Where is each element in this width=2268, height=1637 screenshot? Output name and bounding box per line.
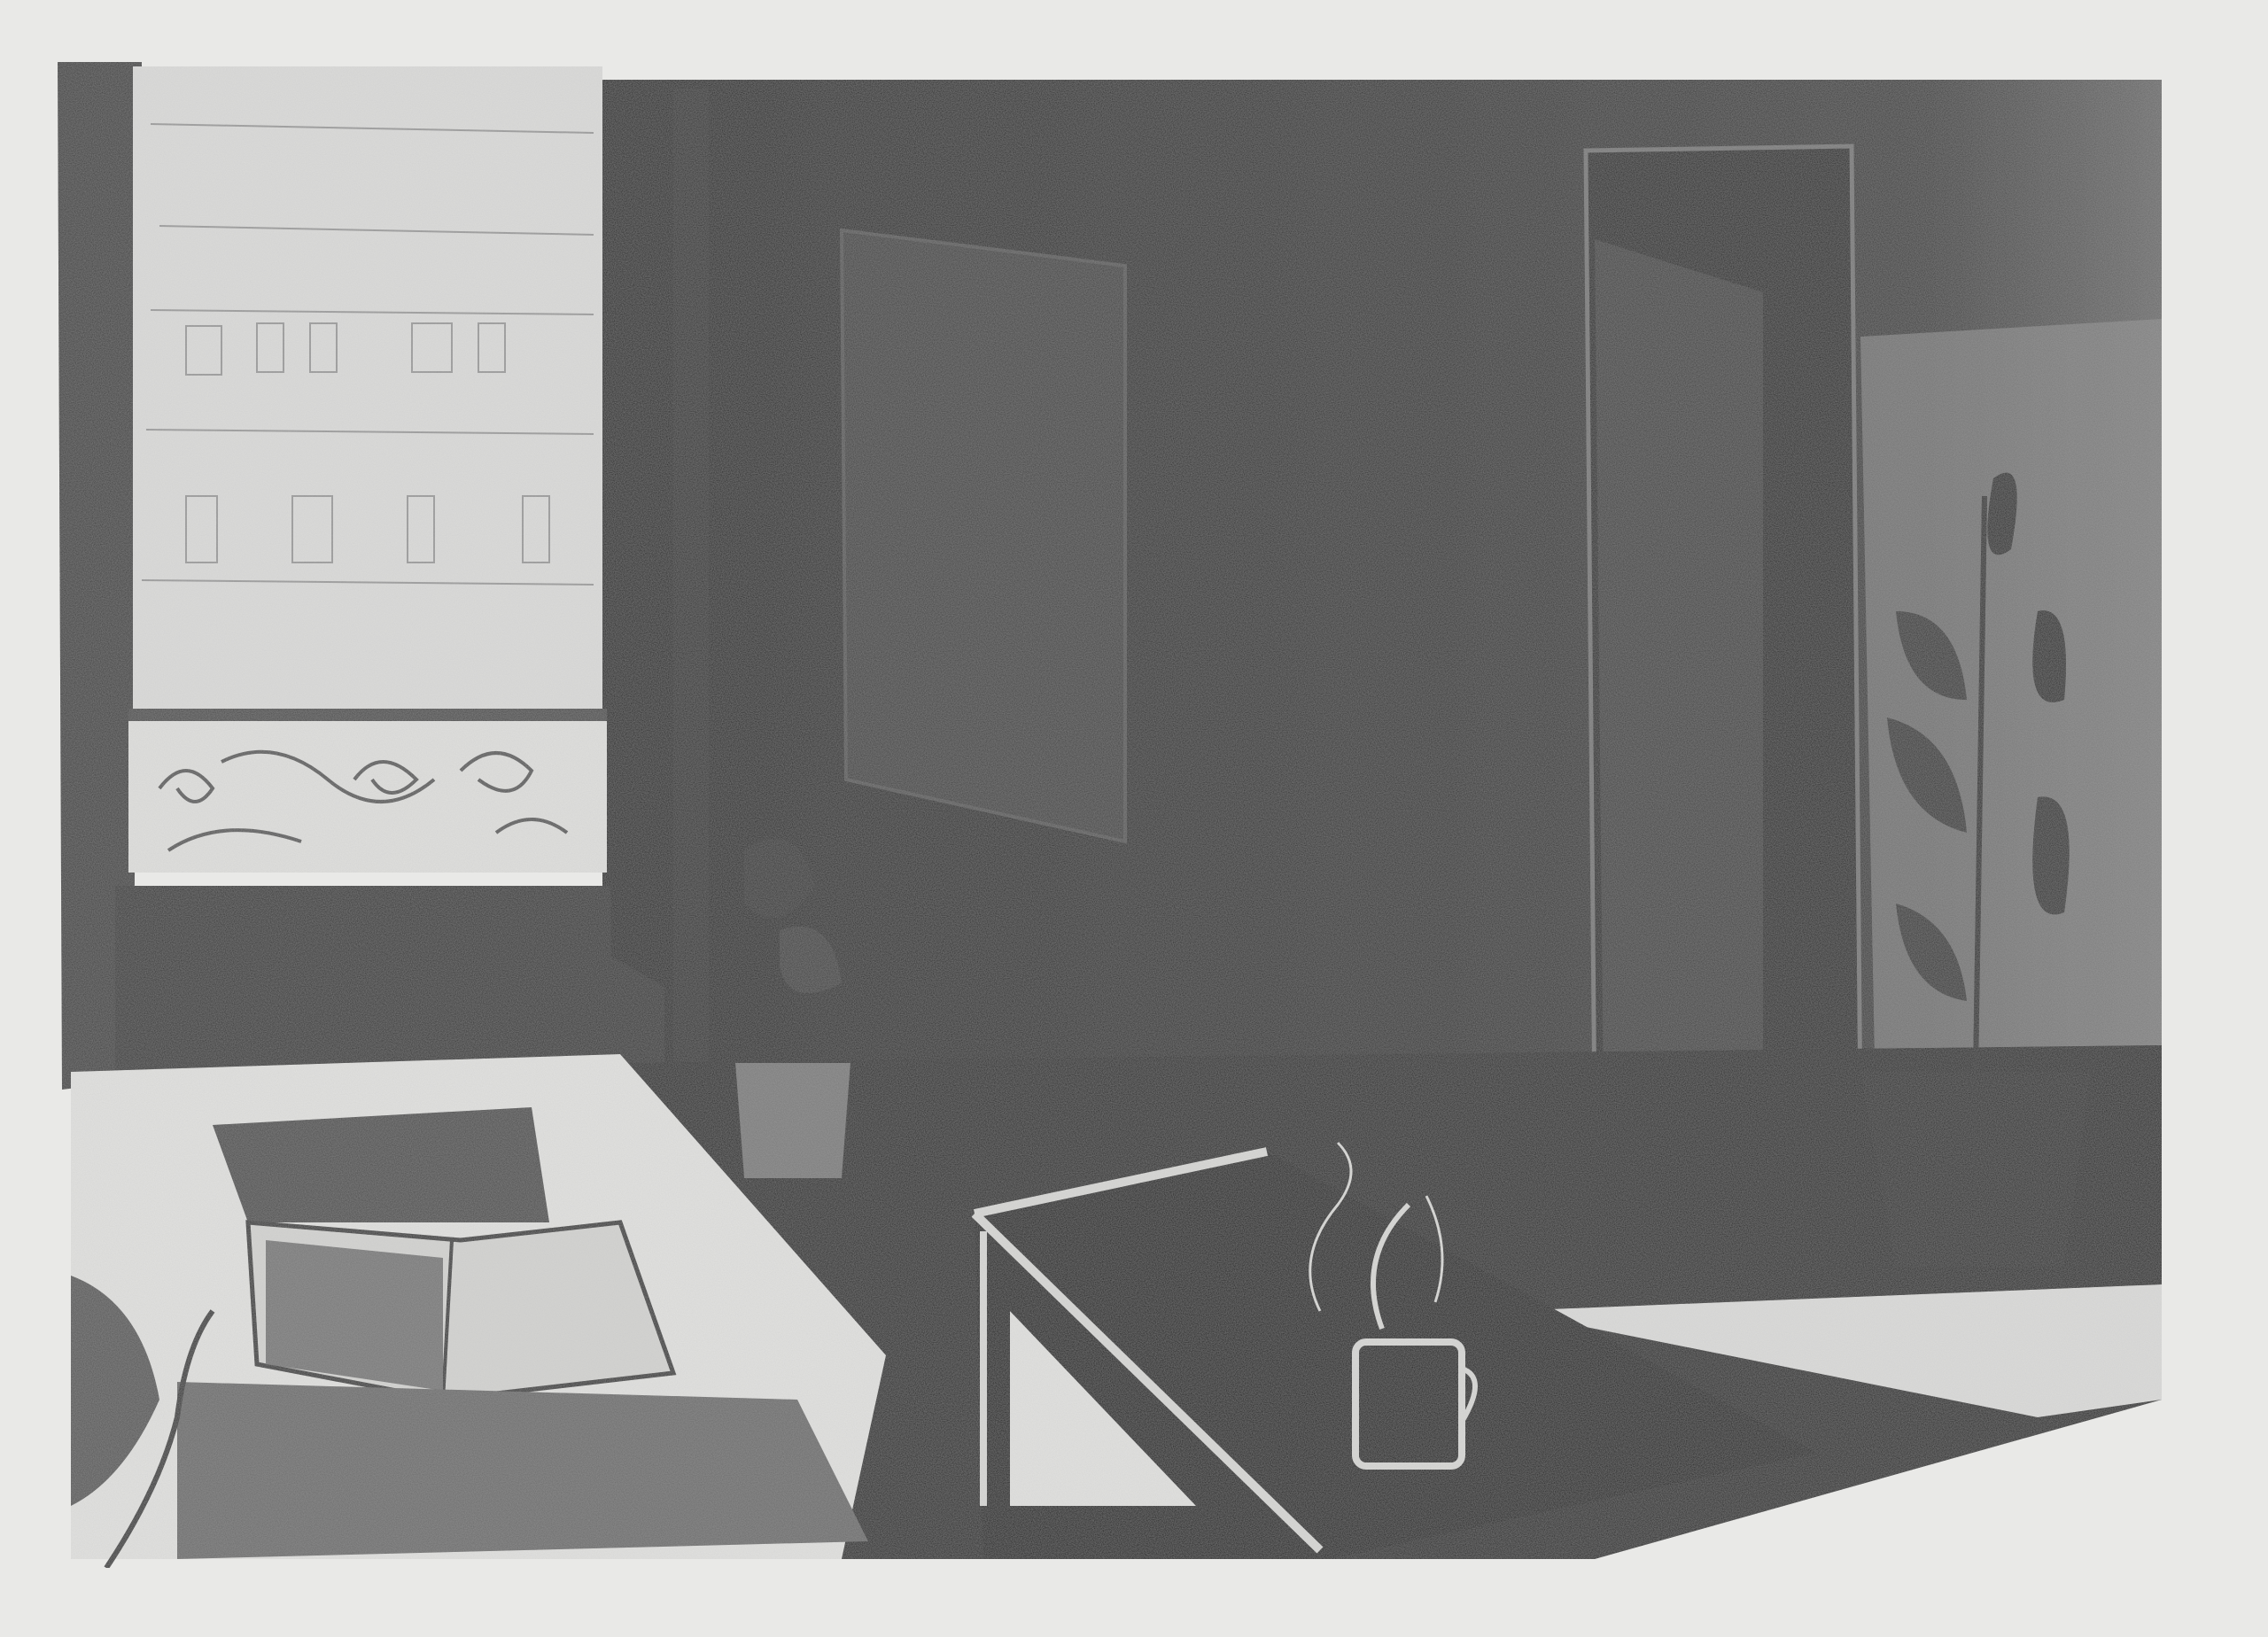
balcony-railing [128,713,607,873]
window-opening [133,66,602,713]
wall-mirror [842,230,1125,842]
lithograph-print [0,0,2268,1637]
blanket-fold [177,1382,868,1559]
